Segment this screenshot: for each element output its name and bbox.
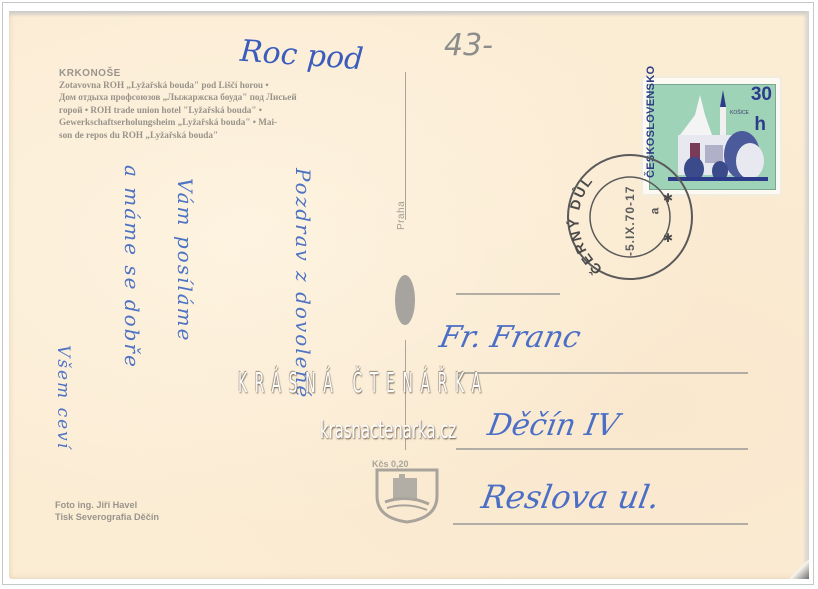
postcard-description: Zotavovna ROH „Lyžařská bouda" pod Liščí… bbox=[59, 79, 369, 141]
stamp-value: 30 bbox=[751, 84, 772, 106]
photo-credits: Foto ing. Jiří Havel Tisk Severografia D… bbox=[55, 499, 159, 523]
message-line-2: Vám posíláme bbox=[173, 178, 197, 342]
credit-print: Tisk Severografia Děčín bbox=[55, 511, 159, 523]
credit-photo: Foto ing. Jiří Havel bbox=[55, 499, 159, 511]
svg-text:ČERNÝ DŮL: ČERNÝ DŮL bbox=[564, 172, 604, 279]
description-line: son de repos du ROH „Lyžařská bouda" bbox=[59, 129, 369, 141]
svg-text:✱: ✱ bbox=[663, 231, 673, 245]
pencil-number: 43- bbox=[444, 28, 493, 63]
message-line-3: a máme se dobře bbox=[120, 165, 144, 369]
message-line-1: Pozdrav z dovolené bbox=[291, 168, 315, 399]
description-line: Gewerkschaftserholungsheim „Lyžařská bou… bbox=[59, 116, 369, 128]
postcard-title: KRKONOŠE bbox=[59, 68, 121, 79]
publisher-logo bbox=[395, 275, 415, 325]
description-line: Zotavovna ROH „Lyžařská bouda" pod Liščí… bbox=[59, 79, 369, 91]
watermark-url: krasnactenarka.cz bbox=[320, 416, 456, 444]
center-divider bbox=[405, 72, 406, 220]
postcard-edge-shadow-right bbox=[803, 11, 809, 579]
address-line bbox=[456, 293, 560, 295]
stamp-unit: h bbox=[754, 114, 766, 136]
stamp-city: KOŠICE bbox=[730, 110, 749, 116]
address-street: Reslova ul. bbox=[479, 478, 663, 516]
postage-price: Kčs 0,20 bbox=[372, 459, 409, 469]
address-line bbox=[456, 448, 748, 450]
watermark-title: KRÁSNÁ ČTENÁŘKA bbox=[238, 366, 489, 399]
publisher-label: Praha bbox=[396, 201, 407, 230]
address-line bbox=[456, 372, 748, 374]
corner-curl bbox=[790, 560, 809, 579]
message-line-4: Všem ceví bbox=[53, 345, 73, 450]
address-name: Fr. Franc bbox=[436, 320, 584, 355]
postcard-edge-shadow bbox=[9, 11, 809, 17]
address-line bbox=[453, 523, 748, 525]
postmark-place: ČERNÝ DŮL bbox=[564, 172, 604, 279]
postmark-date: -5.IX.70-17 bbox=[623, 186, 637, 256]
address-city: Děčín IV bbox=[485, 408, 622, 443]
postmark-code: a bbox=[647, 208, 661, 215]
svg-text:✱: ✱ bbox=[663, 191, 673, 205]
description-line: горой • ROH trade union hotel "Lyžařská … bbox=[59, 104, 369, 116]
description-line: Дом отдыха профсоюзов „Лыжаржска боуда" … bbox=[59, 91, 369, 103]
